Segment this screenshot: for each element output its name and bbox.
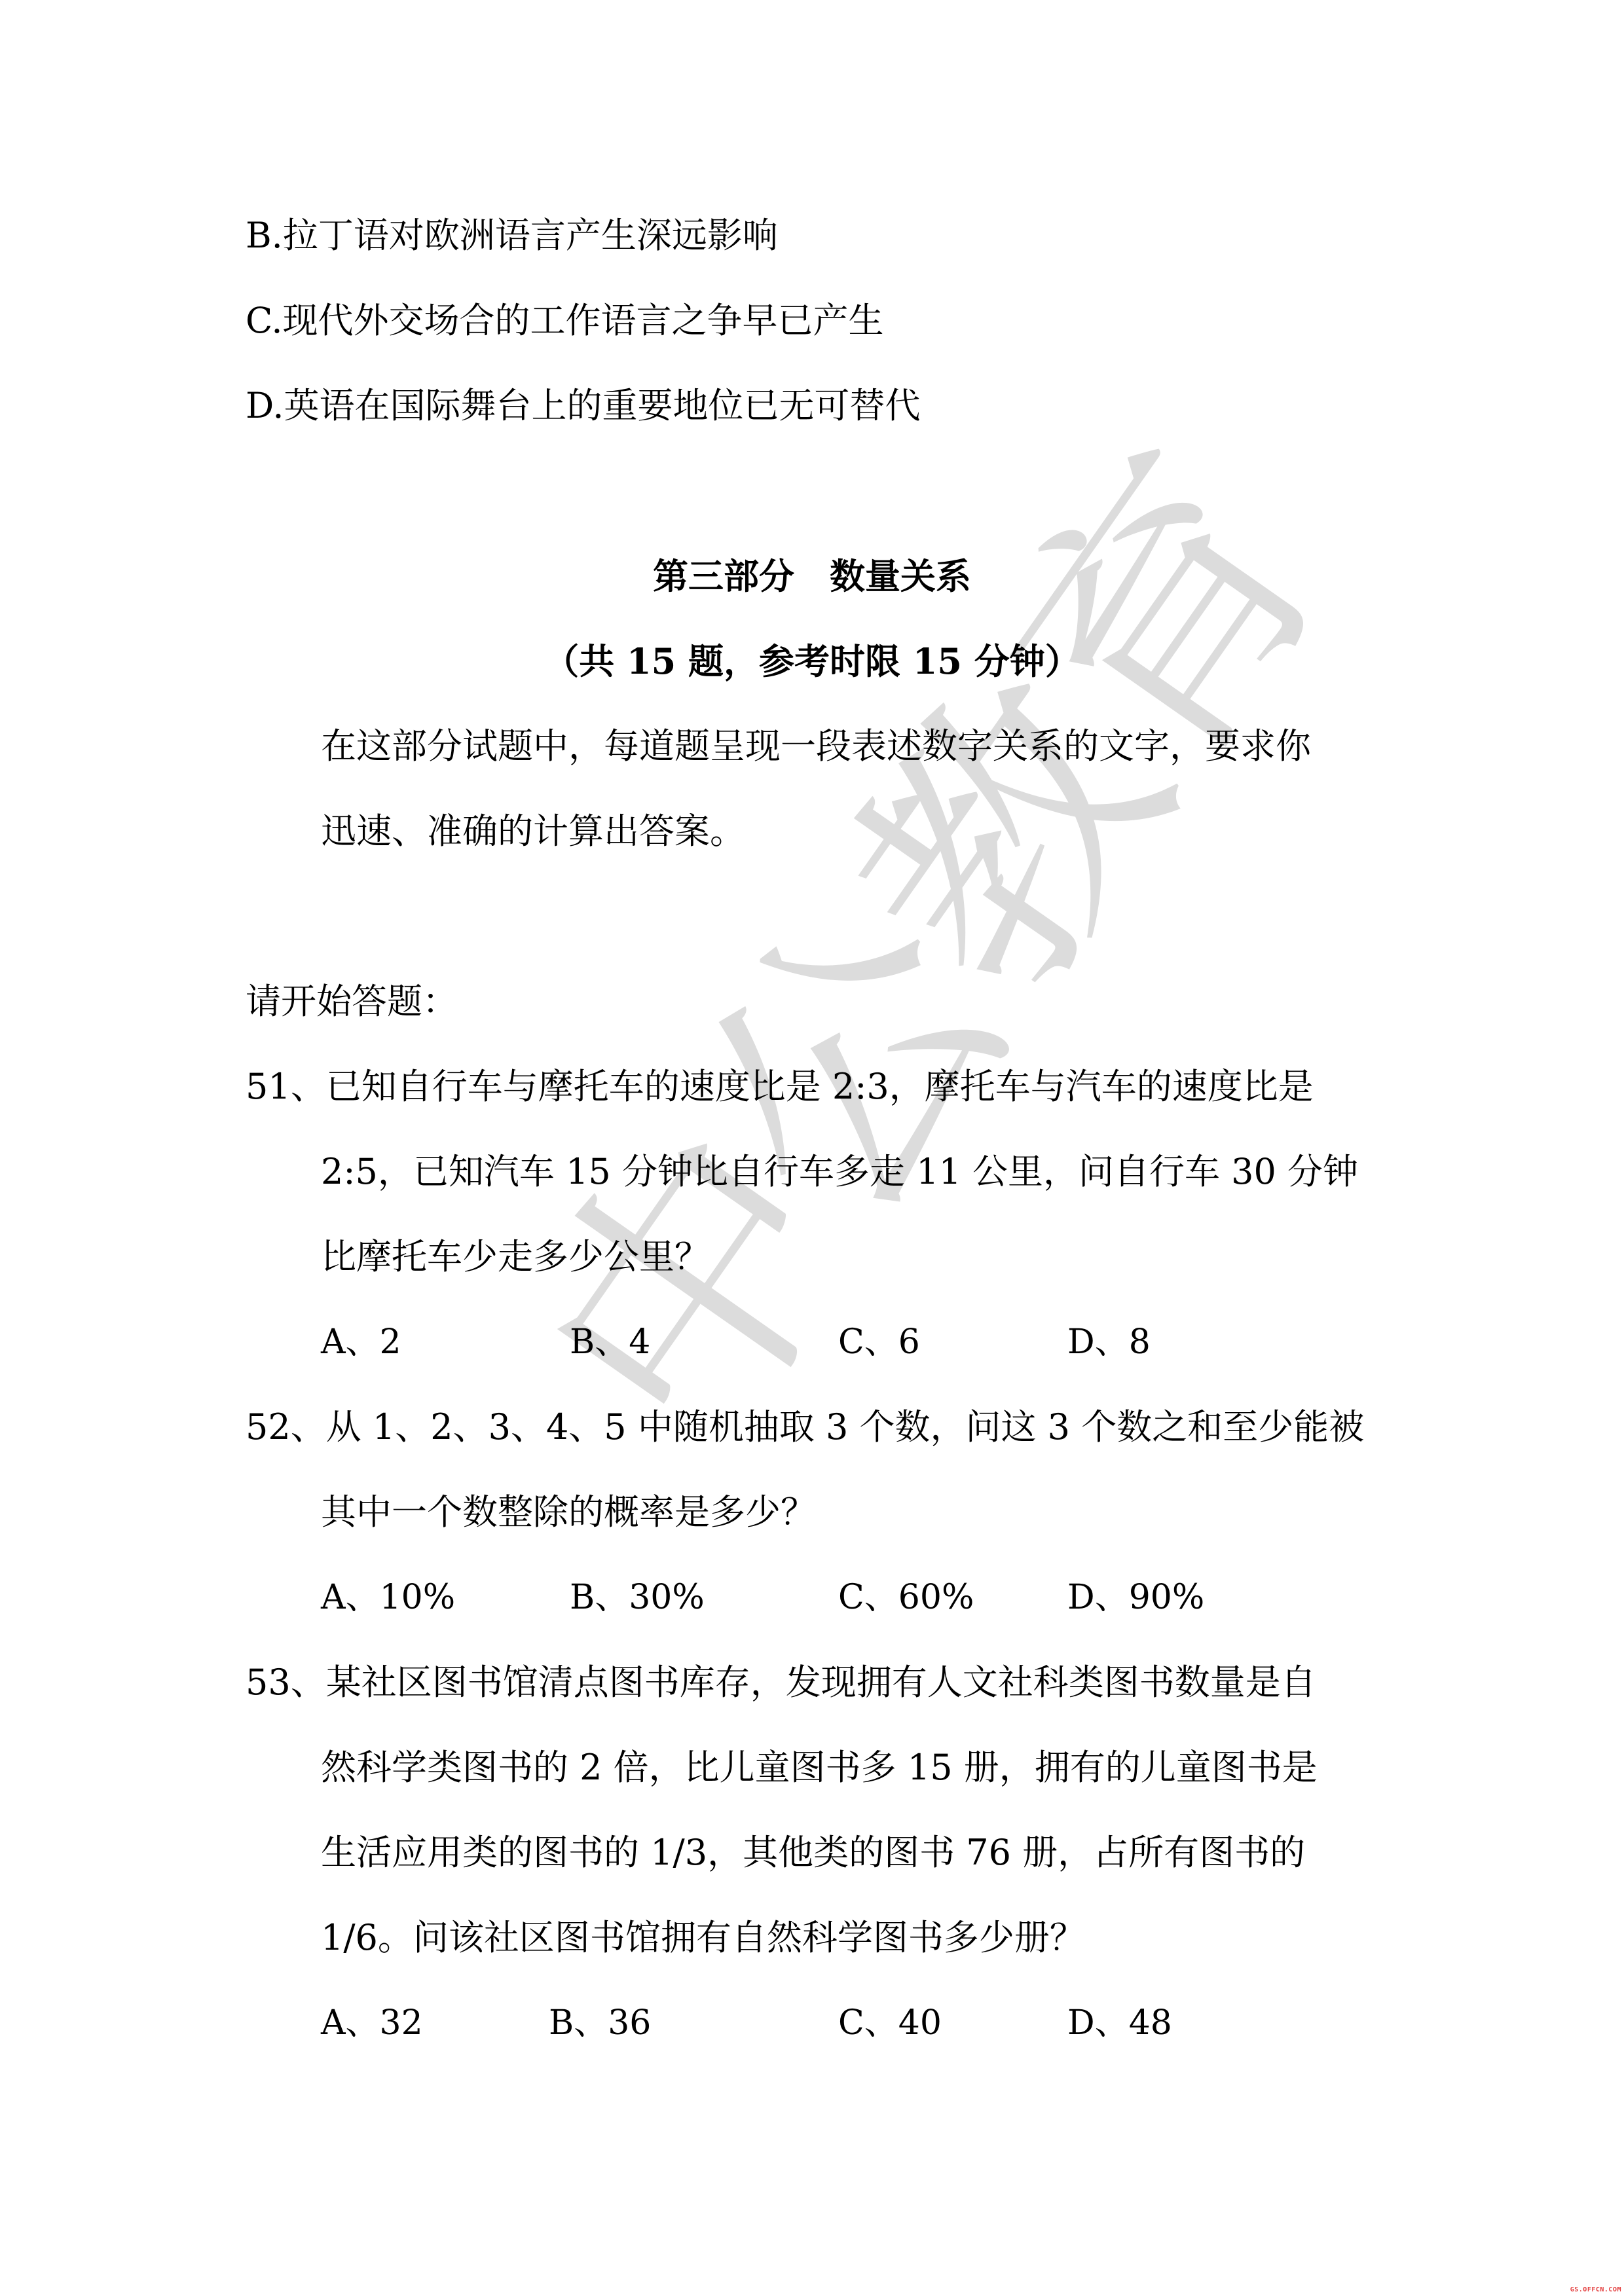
option-d[interactable]: D、48 (1067, 2000, 1172, 2046)
site-watermark: GS.OFFCN.COM (1570, 2286, 1621, 2293)
prev-option-b: B.拉丁语对欧洲语言产生深远影响 (246, 213, 778, 259)
question-text-line: 2:5，已知汽车 15 分钟比自行车多走 11 公里，问自行车 30 分钟 (321, 1149, 1358, 1195)
watermark-text: 中公教育 (441, 368, 1418, 1544)
question-text-line: 比摩托车少走多少公里？ (321, 1234, 710, 1280)
option-d[interactable]: D、90% (1067, 1575, 1204, 1620)
option-b[interactable]: B、30% (570, 1575, 705, 1620)
question-text-line: 生活应用类的图书的 1/3，其他类的图书 76 册，占所有图书的 (321, 1830, 1305, 1876)
prev-option-d: D.英语在国际舞台上的重要地位已无可替代 (246, 383, 921, 429)
instructions-line-2: 迅速、准确的计算出答案。 (321, 809, 745, 854)
option-c[interactable]: C、40 (838, 2000, 942, 2046)
question-text-line: 1/6。问该社区图书馆拥有自然科学图书多少册？ (321, 1915, 1085, 1961)
instructions-line-1: 在这部分试题中，每道题呈现一段表述数字关系的文字，要求你 (321, 723, 1311, 769)
option-c[interactable]: C、6 (838, 1319, 920, 1365)
option-d[interactable]: D、8 (1067, 1319, 1151, 1365)
prev-option-c: C.现代外交场合的工作语言之争早已产生 (246, 298, 884, 344)
question-text-line: 52、从 1、2、3、4、5 中随机抽取 3 个数，问这 3 个数之和至少能被 (246, 1404, 1364, 1450)
question-text-line: 51、已知自行车与摩托车的速度比是 2:3，摩托车与汽车的速度比是 (246, 1064, 1314, 1110)
option-a[interactable]: A、2 (321, 1319, 401, 1365)
start-prompt: 请开始答题： (246, 979, 458, 1025)
section-subtitle: （共 15 题，参考时限 15 分钟） (0, 638, 1624, 684)
option-c[interactable]: C、60% (838, 1575, 974, 1620)
option-b[interactable]: B、36 (549, 2000, 651, 2046)
option-b[interactable]: B、4 (570, 1319, 650, 1365)
section-title: 第三部分 数量关系 (0, 553, 1624, 599)
question-text-line: 53、某社区图书馆清点图书库存，发现拥有人文社科类图书数量是自 (246, 1660, 1316, 1705)
option-a[interactable]: A、10% (321, 1575, 455, 1620)
question-text-line: 然科学类图书的 2 倍，比儿童图书多 15 册，拥有的儿童图书是 (321, 1745, 1318, 1791)
option-a[interactable]: A、32 (321, 2000, 423, 2046)
question-text-line: 其中一个数整除的概率是多少？ (321, 1489, 816, 1535)
